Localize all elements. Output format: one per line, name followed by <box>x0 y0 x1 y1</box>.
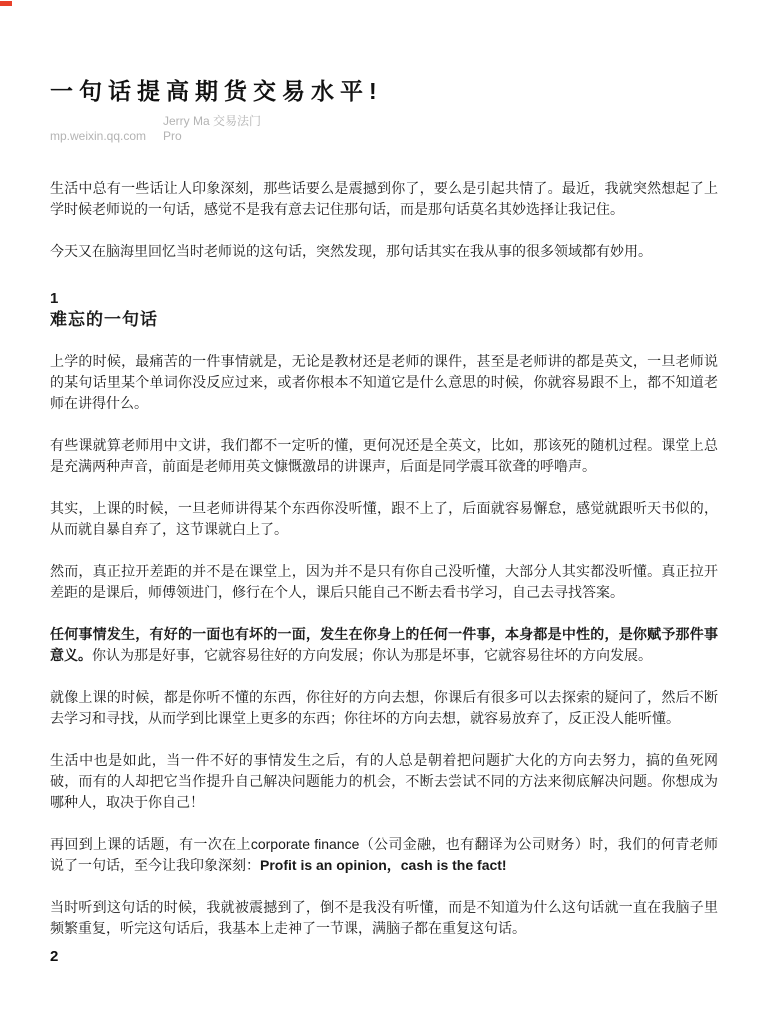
paragraph-4: 有些课就算老师用中文讲，我们都不一定听的懂，更何况还是全英文，比如，那该死的随机… <box>50 435 718 477</box>
paragraph-6: 然而，真正拉开差距的并不是在课堂上，因为并不是只有你自己没听懂，大部分人其实都没… <box>50 561 718 603</box>
page-number: 2 <box>50 948 58 965</box>
author-badge: Pro <box>163 129 261 144</box>
document-page: 一句话提高期货交易水平! mp.weixin.qq.com Jerry Ma 交… <box>0 0 768 1024</box>
corner-red-mark <box>0 1 12 6</box>
paragraph-8: 就像上课的时候，都是你听不懂的东西，你往好的方向去想，你课后有很多可以去探索的疑… <box>50 687 718 729</box>
paragraph-3: 上学的时候，最痛苦的一件事情就是，无论是教材还是老师的课件，甚至是老师讲的都是英… <box>50 351 718 414</box>
article-body: 生活中总有一些话让人印象深刻，那些话要么是震撼到你了，要么是引起共情了。最近，我… <box>50 178 718 939</box>
article-meta: mp.weixin.qq.com Jerry Ma 交易法门 Pro <box>50 114 718 144</box>
article-title: 一句话提高期货交易水平! <box>50 78 718 104</box>
paragraph-11: 当时听到这句话的时候，我就被震撼到了，倒不是我没有听懂，而是不知道为什么这句话就… <box>50 897 718 939</box>
author-info: Jerry Ma 交易法门 Pro <box>163 114 261 144</box>
section-number: 1 <box>50 289 718 309</box>
section-heading: 1 难忘的一句话 <box>50 289 718 330</box>
author-name: Jerry Ma 交易法门 <box>163 114 261 129</box>
paragraph-7-emphasis: 任何事情发生，有好的一面也有坏的一面，发生在你身上的任何一件事，本身都是中性的，… <box>50 624 718 666</box>
source-url: mp.weixin.qq.com <box>50 129 148 144</box>
paragraph-2: 今天又在脑海里回忆当时老师说的这句话，突然发现，那句话其实在我从事的很多领域都有… <box>50 241 718 262</box>
section-title: 难忘的一句话 <box>50 309 718 330</box>
quote-text: Profit is an opinion，cash is the fact! <box>260 857 507 873</box>
paragraph-1: 生活中总有一些话让人印象深刻，那些话要么是震撼到你了，要么是引起共情了。最近，我… <box>50 178 718 220</box>
paragraph-5: 其实，上课的时候，一旦老师讲得某个东西你没听懂，跟不上了，后面就容易懈怠，感觉就… <box>50 498 718 540</box>
paragraph-9: 生活中也是如此，当一件不好的事情发生之后，有的人总是朝着把问题扩大化的方向去努力… <box>50 750 718 813</box>
paragraph-10-quote: 再回到上课的话题，有一次在上corporate finance（公司金融，也有翻… <box>50 834 718 876</box>
paragraph-7-rest: 你认为那是好事，它就容易往好的方向发展；你认为那是坏事，它就容易往坏的方向发展。 <box>92 647 652 663</box>
